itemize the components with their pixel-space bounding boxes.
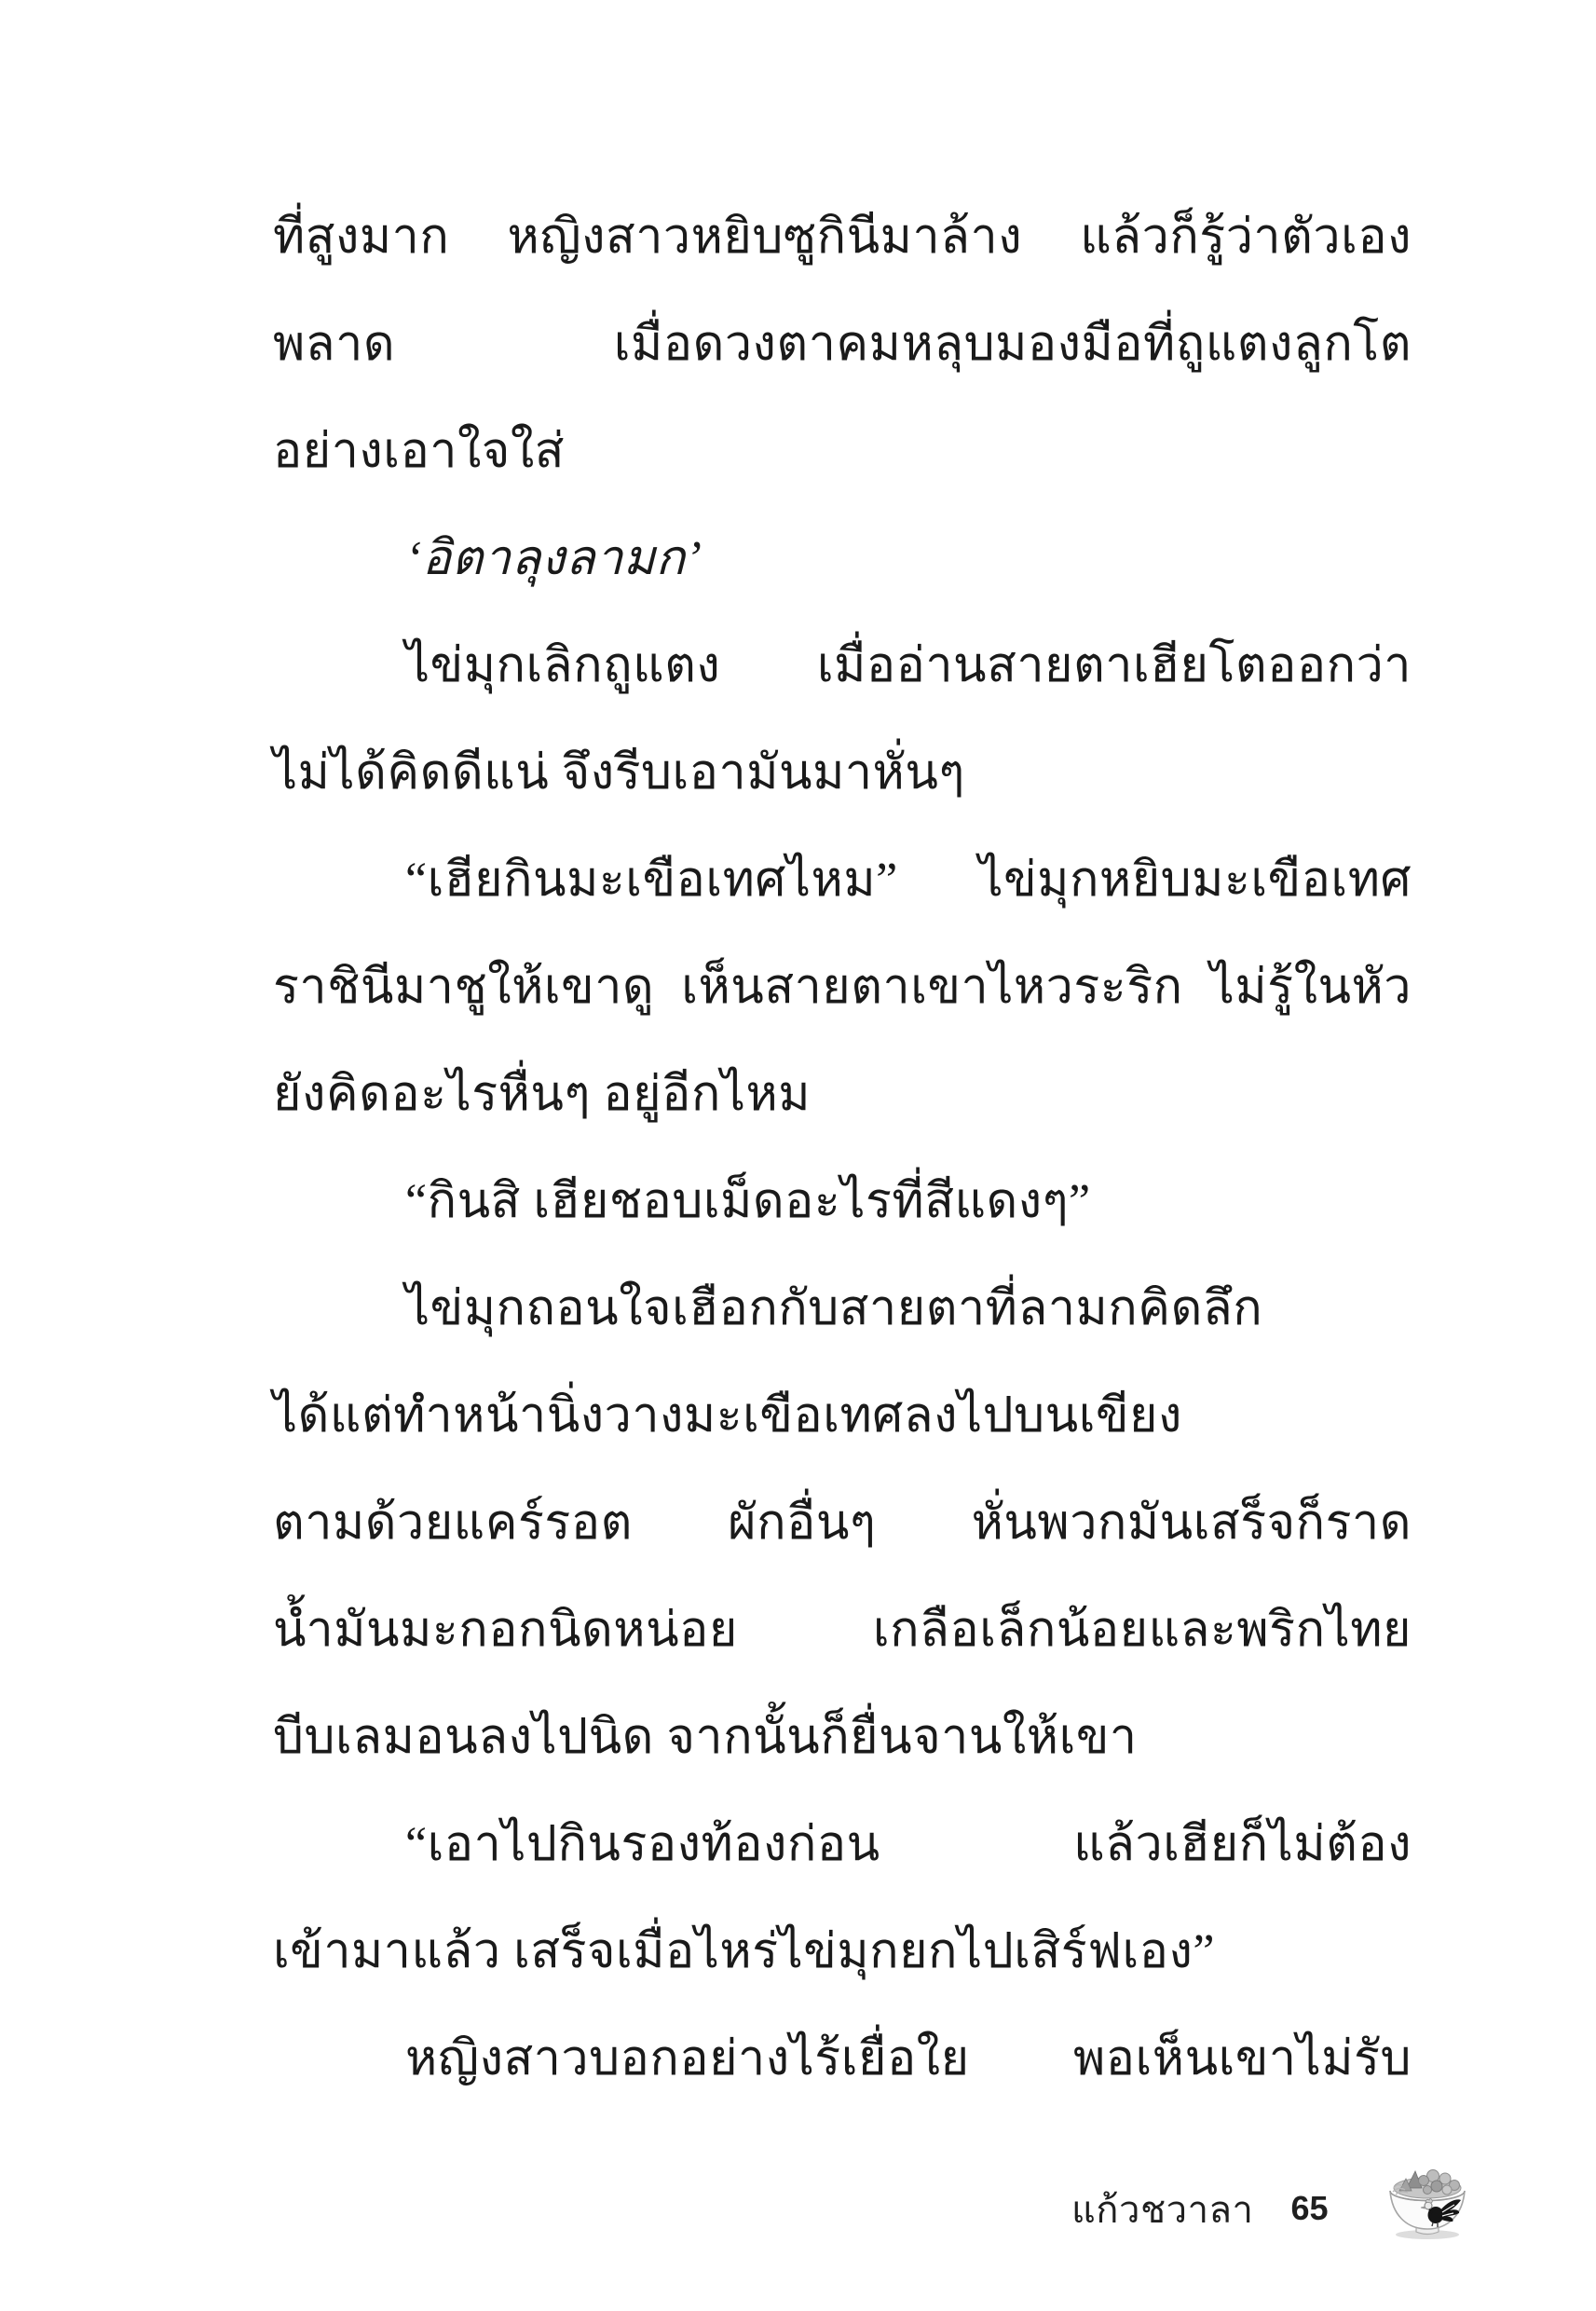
body-text-line: “เฮียกินมะเขือเทศไหม” ไข่มุกหยิบมะเขือเท… bbox=[273, 827, 1412, 934]
body-text-line: ไข่มุกเลิกถูแตง เมื่ออ่านสายตาเฮียโตออกว… bbox=[273, 612, 1412, 719]
body-text-block: ที่สูงมาก หญิงสาวหยิบซูกินีมาล้าง แล้วก็… bbox=[273, 184, 1412, 2113]
body-text-line: ราชินีมาชูให้เขาดู เห็นสายตาเขาไหวระริก … bbox=[273, 934, 1412, 1041]
page-footer: แก้วชวาลา 65 bbox=[1071, 2164, 1474, 2240]
body-text-line: พลาด เมื่อดวงตาคมหลุบมองมือที่ถูแตงลูกโต bbox=[273, 291, 1412, 398]
rooster-noodle-bowl-icon bbox=[1381, 2164, 1474, 2240]
body-text-line: “กินสิ เฮียชอบเม็ดอะไรที่สีแดงๆ” bbox=[273, 1148, 1412, 1255]
body-text-line: ตามด้วยแคร์รอต ผักอื่นๆ หั่นพวกมันเสร็จก… bbox=[273, 1470, 1412, 1577]
body-text-line: ไข่มุกถอนใจเฮือกกับสายตาที่ลามกคิดลึก bbox=[273, 1255, 1412, 1362]
body-text-line: “เอาไปกินรองท้องก่อน แล้วเฮียก็ไม่ต้อง bbox=[273, 1791, 1412, 1898]
body-text-line: ที่สูงมาก หญิงสาวหยิบซูกินีมาล้าง แล้วก็… bbox=[273, 184, 1412, 291]
footer-page-number: 65 bbox=[1291, 2189, 1329, 2228]
body-text-line: เข้ามาแล้ว เสร็จเมื่อไหร่ไข่มุกยกไปเสิร์… bbox=[273, 1898, 1412, 2005]
body-text-line: น้ำมันมะกอกนิดหน่อย เกลือเล็กน้อยและพริก… bbox=[273, 1577, 1412, 1684]
body-text-line: ได้แต่ทำหน้านิ่งวางมะเขือเทศลงไปบนเขียง bbox=[273, 1362, 1412, 1470]
book-page: ที่สูงมาก หญิงสาวหยิบซูกินีมาล้าง แล้วก็… bbox=[0, 0, 1596, 2311]
body-text-line: อย่างเอาใจใส่ bbox=[273, 398, 1412, 505]
footer-book-title: แก้วชวาลา bbox=[1071, 2180, 1254, 2239]
body-text-line-thought: ‘อิตาลุงลามก’ bbox=[273, 505, 1412, 612]
body-text-line: ยังคิดอะไรหื่นๆ อยู่อีกไหม bbox=[273, 1041, 1412, 1148]
body-text-line: หญิงสาวบอกอย่างไร้เยื่อใย พอเห็นเขาไม่รั… bbox=[273, 2005, 1412, 2113]
body-text-line: บีบเลมอนลงไปนิด จากนั้นก็ยื่นจานให้เขา bbox=[273, 1684, 1412, 1791]
body-text-line: ไม่ได้คิดดีแน่ จึงรีบเอามันมาหั่นๆ bbox=[273, 719, 1412, 827]
